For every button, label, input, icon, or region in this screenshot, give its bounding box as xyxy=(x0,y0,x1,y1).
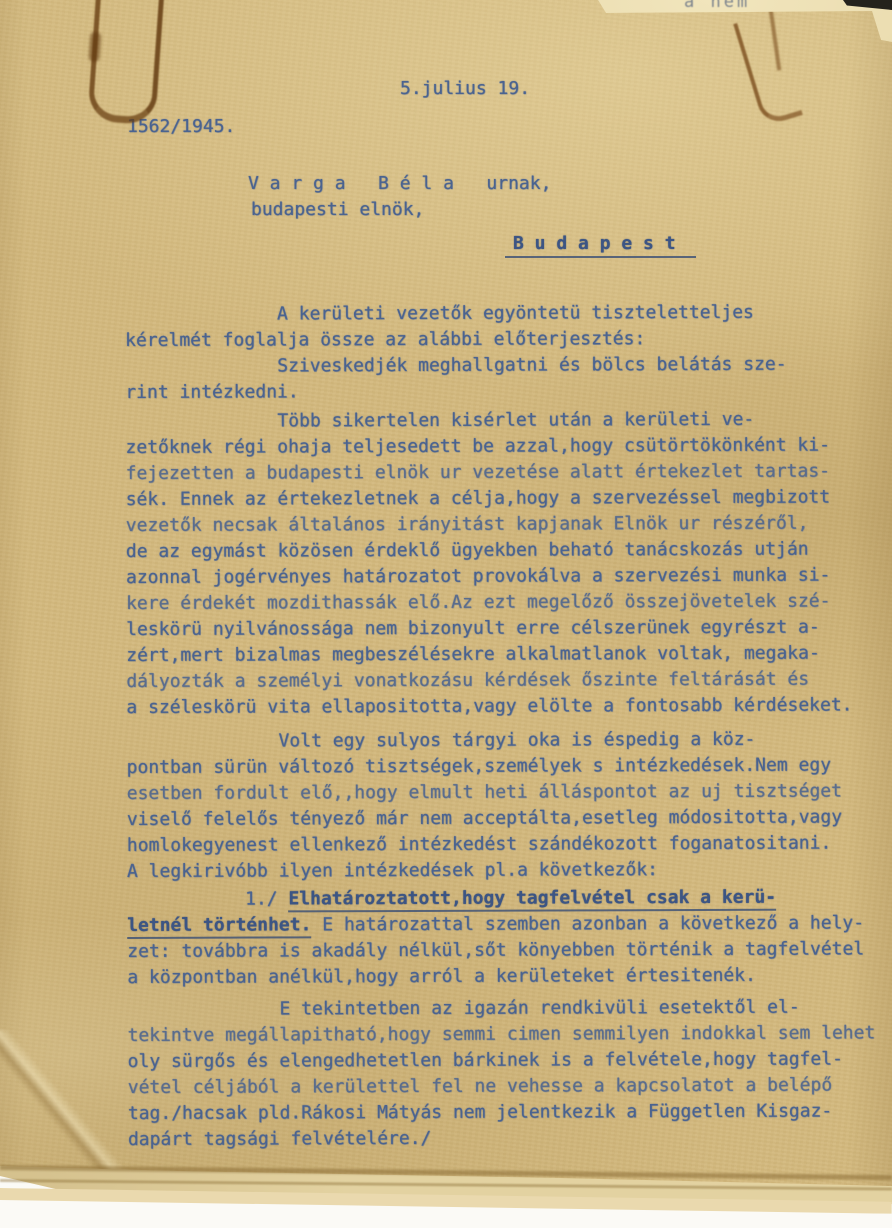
text-line: rint intézkedni. xyxy=(125,377,887,406)
addressee-name: V a r g a B é l a urnak, xyxy=(248,171,551,197)
text-line: zért,mert bizalmas megbeszélésekre alkal… xyxy=(126,640,888,669)
text-line: a központban anélkül,hogy arról a kerüle… xyxy=(127,962,889,991)
text-line: de az egymást közösen érdeklő ügyekben b… xyxy=(126,536,888,565)
letter-date: 5.julius 19. xyxy=(400,76,530,102)
addressee-title: budapesti elnök, xyxy=(251,197,424,223)
paperclip-rust-mark-right xyxy=(733,12,803,126)
text-line: zetőknek régi ohaja teljesedett be azzal… xyxy=(125,432,887,461)
paragraph-meetings: Több sikertelen kisérlet után a kerületi… xyxy=(125,406,888,721)
text-line: vezetők necsak általános irányitást kapj… xyxy=(126,510,888,539)
paperclip-rust-mark-left xyxy=(87,0,165,125)
text-line: tekintve megállapitható,hogy semmi cimen… xyxy=(128,1020,890,1049)
text-line: E tekintetben az igazán rendkivüli esete… xyxy=(127,994,889,1023)
point-number: 1./ xyxy=(245,888,288,909)
paragraph-changing-officials: Volt egy sulyos tárgyi oka is éspedig a … xyxy=(126,726,889,885)
text-line: esetben fordult elő,,hogy elmult heti ál… xyxy=(127,778,889,807)
addressee-city: B u d a p e s t xyxy=(505,233,696,258)
background-text-fragment: a nem xyxy=(684,0,750,12)
text-line: Volt egy sulyos tárgyi oka is éspedig a … xyxy=(126,726,888,755)
text-line: kere érdekét mozdithassák elő.Az ezt meg… xyxy=(126,588,888,617)
text-line: pontban sürün változó tisztségek,személy… xyxy=(127,752,889,781)
text-line: oly sürgős és elengedhetetlen bárkinek i… xyxy=(128,1046,890,1075)
text-line: 1./ Elhatároztatott,hogy tagfelvétel csa… xyxy=(127,884,889,913)
text-line: letnél történhet. E határozattal szemben… xyxy=(127,910,889,939)
underlined-resolution-part1: Elhatároztatott,hogy tagfelvétel csak a … xyxy=(288,887,776,913)
background-sheet-text-strip: a nem xyxy=(598,0,848,13)
text-line: dapárt tagsági felvételére./ xyxy=(128,1124,890,1153)
text-line: fejezetten a budapesti elnök ur vezetése… xyxy=(126,458,888,487)
text-line: dályozták a személyi vonatkozásu kérdése… xyxy=(126,666,888,695)
text-line: Sziveskedjék meghallgatni és bölcs belát… xyxy=(125,351,887,380)
underlined-resolution-part2: letnél történhet. xyxy=(127,914,311,939)
paragraph-intro: A kerületi vezetők egyöntetü tisztelette… xyxy=(125,299,887,406)
text-line: A kerületi vezetők egyöntetü tisztelette… xyxy=(125,299,887,328)
paragraph-point-one: 1./ Elhatároztatott,hogy tagfelvétel csa… xyxy=(127,884,889,991)
text-line: leskörü nyilvánossága nem bizonyult erre… xyxy=(126,614,888,643)
text-line: Több sikertelen kisérlet után a kerületi… xyxy=(125,406,887,435)
letter-body: A kerületi vezetők egyöntetü tisztelette… xyxy=(125,299,890,1153)
paragraph-membership-admission: E tekintetben az igazán rendkivüli esete… xyxy=(127,994,890,1153)
text-line: azonnal jogérvényes határozatot provokál… xyxy=(126,562,888,591)
after-underline-text: E határozattal szemben azonban a követke… xyxy=(311,912,864,935)
addressee-city-line: B u d a p e s t xyxy=(505,231,696,257)
text-line: kérelmét foglalja össze az alábbi előter… xyxy=(125,325,887,354)
text-line: homlokegyenest ellenkező intézkedést szá… xyxy=(127,830,889,859)
text-line: viselő felelős tényező már nem acceptált… xyxy=(127,804,889,833)
text-line: tag./hacsak pld.Rákosi Mátyás nem jelent… xyxy=(128,1098,890,1127)
letter-page: 5.julius 19. 1562/1945. V a r g a B é l … xyxy=(0,0,892,1228)
text-line: zet: továbbra is akadály nélkül,sőt köny… xyxy=(127,936,889,965)
text-line: vétel céljából a kerülettel fel ne vehes… xyxy=(128,1072,890,1101)
text-line: A legkirivóbb ilyen intézkedések pl.a kö… xyxy=(127,856,889,885)
text-line: a széleskörü vita ellapositotta,vagy elö… xyxy=(126,692,888,721)
text-line: sék. Ennek az értekezletnek a célja,hogy… xyxy=(126,484,888,513)
